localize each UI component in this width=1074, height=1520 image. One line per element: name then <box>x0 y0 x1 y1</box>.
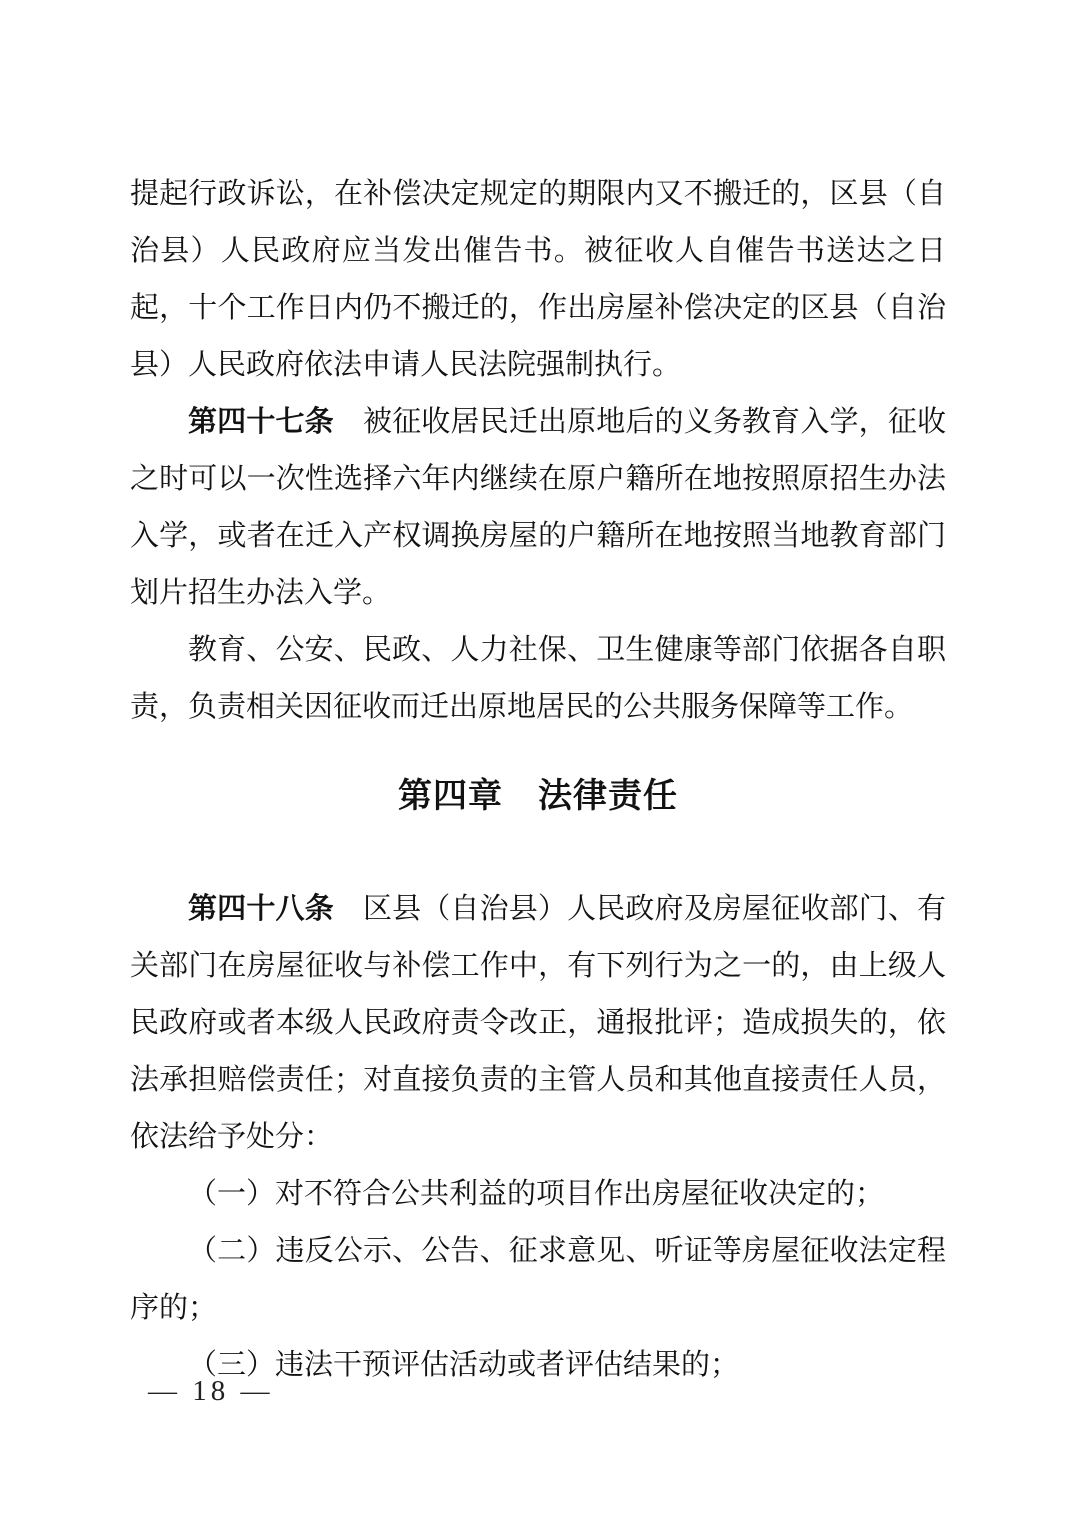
paragraph-article-48: 第四十八条 区县（自治县）人民政府及房屋征收部门、有关部门在房屋征收与补偿工作中… <box>130 881 946 1166</box>
paragraph-departments: 教育、公安、民政、人力社保、卫生健康等部门依据各自职责，负责相关因征收而迁出原地… <box>130 622 946 736</box>
article-48-number: 第四十八条 <box>188 893 334 925</box>
page-number: — 18 — <box>148 1374 274 1408</box>
list-item-1: （一）对不符合公共利益的项目作出房屋征收决定的； <box>130 1166 946 1223</box>
chapter-heading: 第四章 法律责任 <box>130 768 946 825</box>
document-page: 提起行政诉讼，在补偿决定规定的期限内又不搬迁的，区县（自治县）人民政府应当发出催… <box>0 0 1074 1520</box>
list-item-2: （二）违反公示、公告、征求意见、听证等房屋征收法定程序的； <box>130 1223 946 1337</box>
article-47-number: 第四十七条 <box>188 406 334 438</box>
document-body: 提起行政诉讼，在补偿决定规定的期限内又不搬迁的，区县（自治县）人民政府应当发出催… <box>130 166 946 1394</box>
paragraph-enforcement: 提起行政诉讼，在补偿决定规定的期限内又不搬迁的，区县（自治县）人民政府应当发出催… <box>130 166 946 394</box>
paragraph-article-47: 第四十七条 被征收居民迁出原地后的义务教育入学，征收之时可以一次性选择六年内继续… <box>130 394 946 622</box>
article-48-text: 区县（自治县）人民政府及房屋征收部门、有关部门在房屋征收与补偿工作中，有下列行为… <box>130 893 946 1153</box>
